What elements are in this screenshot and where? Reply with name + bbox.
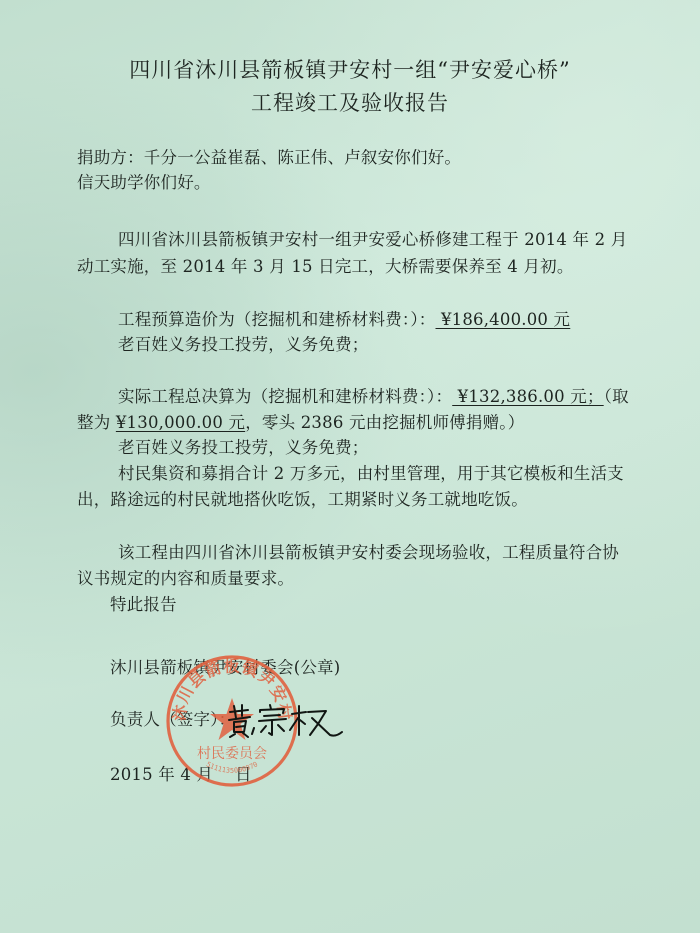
signoff-date: 2015 年 4 月 日: [110, 764, 252, 786]
responsible-label: 负责人（签字）：: [110, 709, 235, 731]
actual-line2-suffix: ，零头 2386 元由挖掘机师傅捐赠。）: [245, 413, 524, 432]
signoff-org: 沐川县箭板镇尹安村委会(公章): [110, 657, 340, 679]
budget-line: 工程预算造价为（挖掘机和建桥材料费：）： ¥186,400.00 元: [118, 309, 570, 331]
greeting-line2: 信天助学你们好。: [77, 172, 211, 194]
rounded-amount: ¥130,000.00 元: [116, 413, 245, 432]
actual-labor: 老百姓义务投工投劳，义务免费；: [118, 437, 369, 459]
seal-center-text: 村民委员会: [197, 745, 267, 762]
paragraph1-line1: 四川省沐川县箭板镇尹安村一组尹安爱心桥修建工程于 2014 年 2 月: [118, 229, 627, 251]
funds-line1: 村民集资和募捐合计 2 万多元，由村里管理，用于其它模板和生活支: [118, 463, 624, 485]
actual-tail: （取: [604, 387, 629, 406]
greeting-line1: 捐助方：千分一公益崔磊、陈正伟、卢叙安你们好。: [77, 147, 461, 169]
actual-label: 实际工程总决算为（挖掘机和建桥材料费：）：: [118, 387, 452, 406]
handwritten-signature: [226, 702, 346, 738]
acceptance-line1: 该工程由四川省沐川县箭板镇尹安村委会现场验收，工程质量符合协: [118, 542, 619, 564]
actual-amount: ¥132,386.00 元；: [452, 387, 603, 406]
acceptance-line2: 议书规定的内容和质量要求。: [77, 568, 294, 590]
actual-line2-prefix: 整为: [77, 413, 116, 432]
document-title-line2: 工程竣工及验收报告: [0, 89, 700, 117]
actual-line1: 实际工程总决算为（挖掘机和建桥材料费：）： ¥132,386.00 元；（取: [118, 386, 629, 408]
budget-label: 工程预算造价为（挖掘机和建桥材料费：）：: [118, 310, 436, 329]
budget-labor: 老百姓义务投工投劳，义务免费；: [118, 334, 369, 356]
paragraph1-line2: 动工实施，至 2014 年 3 月 15 日完工，大桥需要保养至 4 月初。: [77, 256, 574, 278]
document-title-line1: 四川省沐川县箭板镇尹安村一组“尹安爱心桥”: [0, 56, 700, 84]
closing-text: 特此报告: [110, 594, 177, 616]
funds-line2: 出，路途远的村民就地搭伙吃饭，工期紧时义务工就地吃饭。: [77, 489, 528, 511]
actual-line2: 整为 ¥130,000.00 元，零头 2386 元由挖掘机师傅捐赠。）: [77, 412, 524, 434]
budget-amount: ¥186,400.00 元: [436, 310, 571, 329]
